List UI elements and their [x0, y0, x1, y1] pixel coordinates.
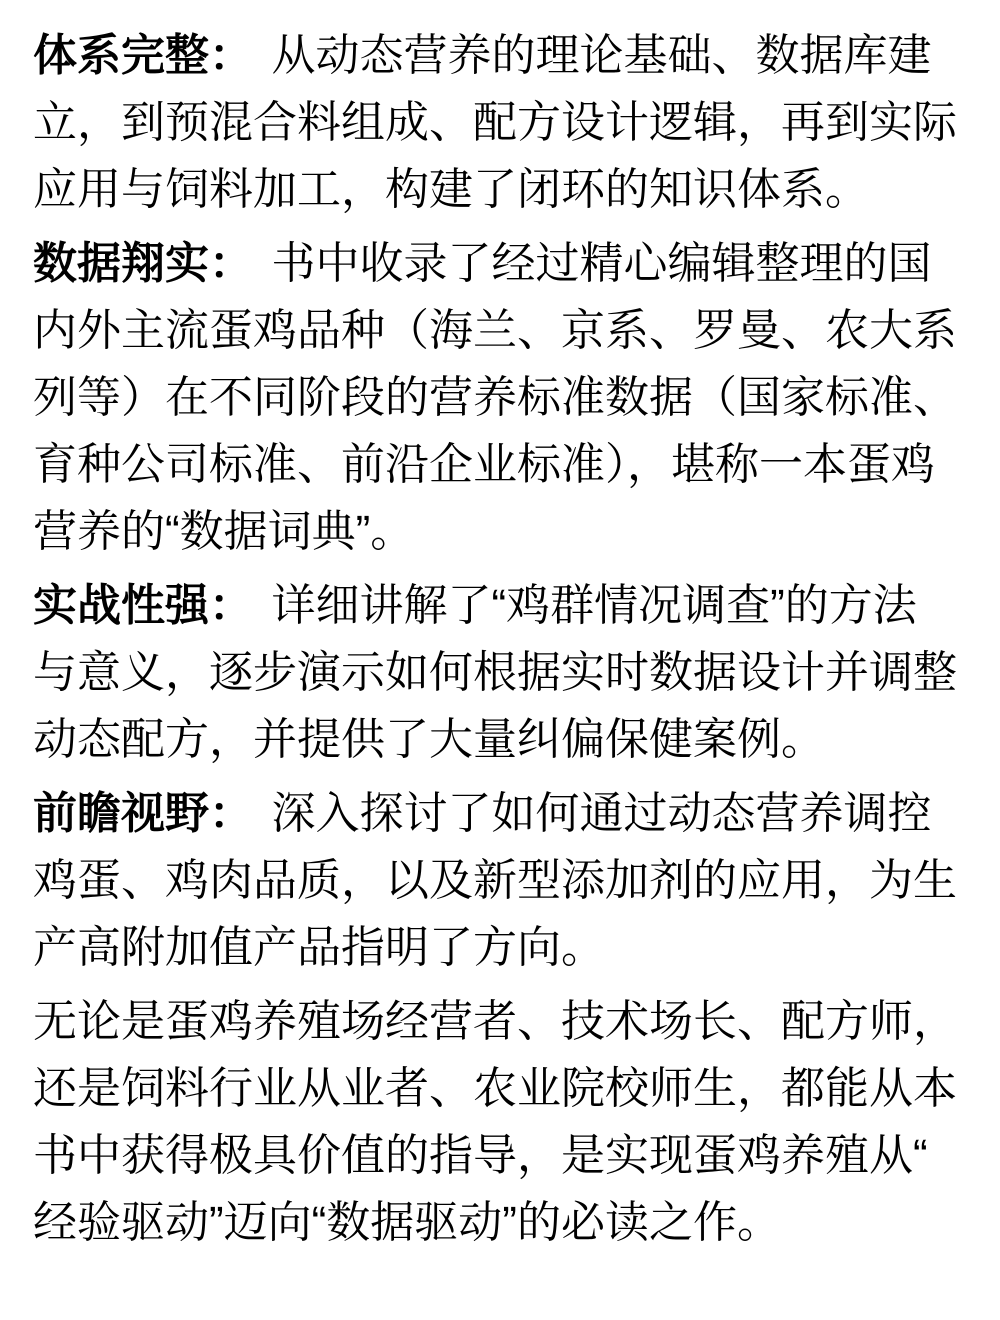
paragraph-forward-vision: 前瞻视野：深入探讨了如何通过动态营养调控 鸡蛋、鸡肉品质，以及新型添加剂的应用，… [33, 780, 972, 981]
paragraph-label: 体系完整： [33, 31, 253, 80]
text-line: 营养的“数据词典”。 [33, 498, 972, 565]
text-run: 深入探讨了如何通过动态营养调控 [271, 789, 931, 838]
paragraph-data-detailed: 数据翔实：书中收录了经过精心编辑整理的国 内外主流蛋鸡品种（海兰、京系、罗曼、农… [33, 230, 972, 565]
text-run: 书中收录了经过精心编辑整理的国 [271, 239, 931, 288]
text-run: 详细讲解了“鸡群情况调查”的方法 [271, 581, 916, 630]
text-line: 产高附加值产品指明了方向。 [33, 914, 972, 981]
text-line: 鸡蛋、鸡肉品质，以及新型添加剂的应用，为生 [33, 847, 972, 914]
text-line: 与意义，逐步演示如何根据实时数据设计并调整 [33, 639, 972, 706]
text-line: 体系完整：从动态营养的理论基础、数据库建 [33, 22, 972, 89]
paragraph-label: 前瞻视野： [33, 789, 253, 838]
text-line: 育种公司标准、前沿企业标准），堪称一本蛋鸡 [33, 431, 972, 498]
text-line: 列等）在不同阶段的营养标准数据（国家标准、 [33, 364, 972, 431]
text-line: 经验驱动”迈向“数据驱动”的必读之作。 [33, 1189, 972, 1256]
text-run: 从动态营养的理论基础、数据库建 [271, 31, 931, 80]
text-line: 还是饲料行业从业者、农业院校师生，都能从本 [33, 1055, 972, 1122]
document-page: 体系完整：从动态营养的理论基础、数据库建 立，到预混合料组成、配方设计逻辑，再到… [0, 0, 1000, 1320]
text-line: 内外主流蛋鸡品种（海兰、京系、罗曼、农大系 [33, 297, 972, 364]
text-line: 立，到预混合料组成、配方设计逻辑，再到实际 [33, 89, 972, 156]
text-line: 数据翔实：书中收录了经过精心编辑整理的国 [33, 230, 972, 297]
paragraph-audience-summary: 无论是蛋鸡养殖场经营者、技术场长、配方师， 还是饲料行业从业者、农业院校师生，都… [33, 988, 972, 1256]
text-line: 实战性强：详细讲解了“鸡群情况调查”的方法 [33, 572, 972, 639]
text-line: 前瞻视野：深入探讨了如何通过动态营养调控 [33, 780, 972, 847]
text-line: 动态配方，并提供了大量纠偏保健案例。 [33, 706, 972, 773]
paragraph-practical: 实战性强：详细讲解了“鸡群情况调查”的方法 与意义，逐步演示如何根据实时数据设计… [33, 572, 972, 773]
text-line: 书中获得极具价值的指导，是实现蛋鸡养殖从“ [33, 1122, 972, 1189]
text-line: 无论是蛋鸡养殖场经营者、技术场长、配方师， [33, 988, 972, 1055]
paragraph-system-complete: 体系完整：从动态营养的理论基础、数据库建 立，到预混合料组成、配方设计逻辑，再到… [33, 22, 972, 223]
paragraph-label: 实战性强： [33, 581, 253, 630]
text-line: 应用与饲料加工，构建了闭环的知识体系。 [33, 156, 972, 223]
paragraph-label: 数据翔实： [33, 239, 253, 288]
